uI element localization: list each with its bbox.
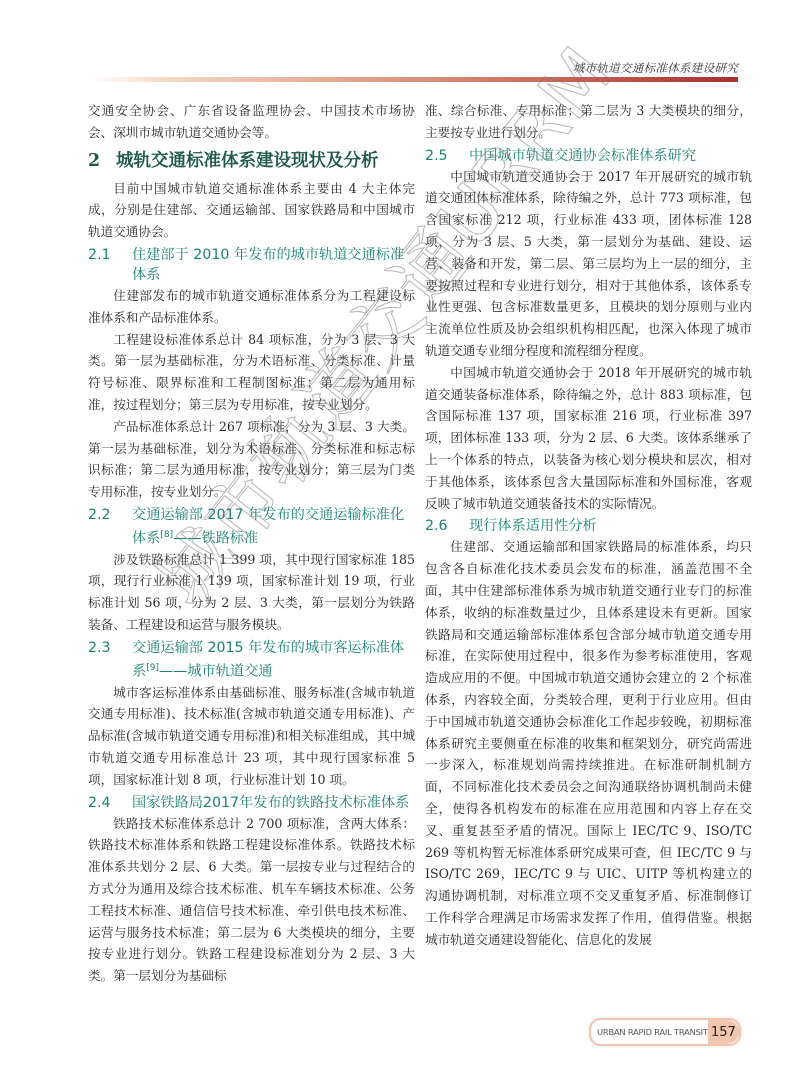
paragraph: 交通安全协会、广东省设备监理协会、中国技术市场协会、深圳市城市轨道交通协会等。 — [88, 100, 415, 144]
subsection-subtitle: ——城市轨道交通 — [159, 664, 273, 680]
subsection-number: 2.1 — [88, 245, 132, 265]
footer-journal-badge: URBAN RAPID RAIL TRANSIT 157 — [589, 1018, 741, 1046]
right-column: 准、综合标准、专用标准；第二层为 3 大类模块的细分，主要按专业进行划分。 2.… — [425, 100, 752, 950]
subsection-heading-2-6: 2.6现行体系适用性分析 — [425, 516, 752, 536]
citation-ref[interactable]: [8] — [160, 530, 173, 540]
subsection-subtitle: ——铁路标准 — [173, 531, 258, 547]
paragraph: 工程建设标准体系总计 84 项标准，分为 3 层、3 大类。第一层为基础标准，分… — [88, 329, 415, 416]
page-number: 157 — [708, 1020, 739, 1044]
section-heading-2: 2城轨交通标准体系建设现状及分析 — [88, 148, 415, 174]
paragraph: 涉及铁路标准总计 1 399 项，其中现行国家标准 185 项，现行行业标准 1… — [88, 549, 415, 636]
subsection-title: 中国城市轨道交通协会标准体系研究 — [469, 148, 696, 164]
paragraph: 产品标准体系总计 267 项标准，分为 3 层、3 大类。第一层为基础标准，划分… — [88, 416, 415, 503]
subsection-heading-2-4: 2.4国家铁路局2017年发布的铁路技术标准体系 — [88, 793, 415, 813]
subsection-number: 2.2 — [88, 505, 132, 525]
paragraph: 住建部、交通运输部和国家铁路局的标准体系，均只包含各自标准化技术委员会发布的标准… — [425, 536, 752, 950]
header-gradient-bar — [90, 77, 738, 82]
subsection-number: 2.6 — [425, 516, 469, 536]
subsection-number: 2.4 — [88, 793, 132, 813]
journal-name: URBAN RAPID RAIL TRANSIT — [591, 1027, 708, 1037]
subsection-title: 现行体系适用性分析 — [469, 518, 597, 534]
paragraph: 中国城市轨道交通协会于 2017 年开展研究的城市轨道交通团体标准体系，除待编之… — [425, 166, 752, 362]
subsection-heading-2-3: 2.3交通运输部 2015 年发布的城市客运标准体系[9]——城市轨道交通 — [88, 638, 415, 682]
citation-ref[interactable]: [9] — [146, 663, 159, 673]
running-header-title: 城市轨道交通标准体系建设研究 — [573, 60, 738, 76]
subsection-heading-2-2: 2.2交通运输部 2017 年发布的交通运输标准化体系[8]——铁路标准 — [88, 505, 415, 549]
subsection-title: 住建部于 2010 年发布的城市轨道交通标准体系 — [132, 247, 404, 283]
subsection-heading-2-1: 2.1住建部于 2010 年发布的城市轨道交通标准体系 — [88, 245, 415, 285]
paragraph: 准、综合标准、专用标准；第二层为 3 大类模块的细分，主要按专业进行划分。 — [425, 100, 752, 144]
section-number: 2 — [88, 148, 116, 174]
subsection-title: 国家铁路局2017年发布的铁路技术标准体系 — [132, 795, 409, 811]
section-title: 城轨交通标准体系建设现状及分析 — [116, 151, 379, 171]
subsection-number: 2.5 — [425, 146, 469, 166]
paragraph: 住建部发布的城市轨道交通标准体系分为工程建设标准体系和产品标准体系。 — [88, 285, 415, 329]
left-column: 交通安全协会、广东省设备监理协会、中国技术市场协会、深圳市城市轨道交通协会等。 … — [88, 100, 415, 987]
paragraph: 铁路技术标准体系总计 2 700 项标准，含两大体系：铁路技术标准体系和铁路工程… — [88, 813, 415, 987]
subsection-heading-2-5: 2.5中国城市轨道交通协会标准体系研究 — [425, 146, 752, 166]
paragraph: 目前中国城市轨道交通标准体系主要由 4 大主体完成，分别是住建部、交通运输部、国… — [88, 178, 415, 243]
paragraph: 中国城市轨道交通协会于 2018 年开展研究的城市轨道交通装备标准体系，除待编之… — [425, 362, 752, 515]
subsection-number: 2.3 — [88, 638, 132, 658]
paragraph: 城市客运标准体系由基础标准、服务标准(含城市轨道交通专用标准)、技术标准(含城市… — [88, 682, 415, 791]
